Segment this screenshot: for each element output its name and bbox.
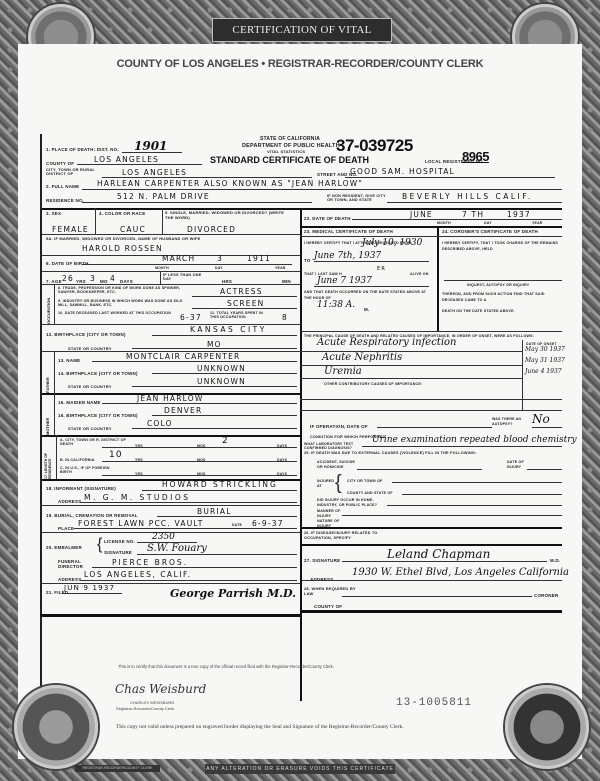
birth-day-sublabel: DAY: [215, 266, 223, 270]
birth-month-sublabel: MONTH: [155, 266, 169, 270]
alteration-warning-banner: ANY ALTERATION OR ERASURE VOIDS THIS CER…: [205, 764, 395, 774]
when-required-label: 28. WHEN REQUIRED BY LAW: [304, 586, 364, 596]
mother-birthplace-label: 16. BIRTHPLACE (CITY OR TOWN): [58, 413, 138, 418]
burial-place-value: FOREST LAWN PCC. VAULT: [78, 519, 204, 528]
certificate-title: STANDARD CERTIFICATE OF DEATH: [210, 155, 369, 165]
burial-value: BURIAL: [197, 507, 232, 516]
industry-label: 9. INDUSTRY OR BUSINESS IN WHICH WORK WA…: [58, 299, 188, 307]
mother-birthplace-value: DENVER: [164, 406, 202, 415]
lab-label: WHAT LABORATORY TEST CONFIRMED DIAGNOSIS…: [304, 442, 364, 450]
residence-b-label: b. IN CALIFORNIA: [60, 458, 95, 462]
nonresident-city-label: IF NON RESIDENT, GIVE CITY OR TOWN, AND …: [327, 194, 387, 202]
birth-year: 1911: [247, 254, 271, 263]
injured-brace: {: [335, 472, 342, 495]
physician-address: 1930 W. Ethel Blvd, Los Angeles Californ…: [352, 567, 569, 578]
external-label: 25. IF DEATH WAS DUE TO EXTERNAL CAUSES …: [304, 451, 477, 455]
residence-length-side-label: 17. LENGTH OF RESIDENCE: [44, 437, 52, 479]
color-value: CAUC: [120, 225, 146, 234]
coroner-text-2: THEREON, AND FROM SUCH ACTION FIND THAT …: [442, 291, 562, 303]
license-label: LICENSE No.: [104, 539, 135, 544]
residence-b-years: 10: [109, 450, 123, 460]
md-label: M.D.: [550, 558, 560, 563]
true-copy-statement: This is to certify that this document is…: [118, 664, 334, 669]
trade-value: ACTRESS: [220, 287, 263, 296]
birthplace-city: KANSAS CITY: [190, 325, 267, 334]
mother-maiden-value: JEAN HARLOW: [137, 394, 204, 403]
certificate-paper: COUNTY OF LOS ANGELES • REGISTRAR-RECORD…: [18, 44, 582, 759]
death-month-sublabel: MONTH: [437, 221, 451, 225]
age-months: 3: [90, 274, 96, 283]
other-causes-label: OTHER CONTRIBUTORY CAUSES OF IMPORTANCE:: [324, 382, 422, 386]
death-day: 7 TH: [462, 210, 484, 219]
residence-a-label: a. CITY, TOWN OR R. DISTRICT OF DEATH: [60, 438, 130, 446]
city-town-label: CITY OR TOWN OF: [347, 479, 382, 483]
mother-side-label: MOTHER: [45, 395, 50, 435]
last-worked-label: 10. DATE DECEASED LAST WORKED AT THIS OC…: [58, 311, 178, 315]
autopsy-label: WAS THERE AN AUTOPSY?: [492, 417, 527, 427]
funeral-director-value: PIERCE BROS.: [112, 558, 188, 567]
certificate-serial-number: 13-1005811: [396, 697, 472, 709]
mother-maiden-label: 15. MAIDEN NAME: [58, 400, 101, 405]
father-state-label: STATE OR COUNTRY: [68, 384, 112, 389]
residence-label: RESIDENCE No.: [46, 198, 84, 203]
physician-signature-label: 27. SIGNATURE: [304, 558, 340, 563]
alive-on-label: ALIVE ON: [410, 272, 429, 276]
years-spent-value: 8: [282, 313, 288, 322]
birth-year-sublabel: YEAR: [275, 266, 286, 270]
registrar-title: Registrar-Recorder/County Clerk: [116, 706, 174, 711]
death-day-sublabel: DAY: [484, 221, 492, 225]
birth-month: MARCH: [162, 254, 195, 263]
county-seal-left: [14, 685, 98, 769]
sex-label: 3. SEX: [46, 211, 61, 216]
father-birthplace-value: UNKNOWN: [197, 364, 246, 373]
coroner-text-1: I HEREBY CERTIFY, THAT I TOOK CHARGE OF …: [442, 240, 562, 252]
autopsy-value: No: [532, 412, 550, 426]
cause-1-date: May 30 1937: [525, 346, 565, 353]
coroner-cert-label: 24. CORONER'S CERTIFICATE OF DEATH: [442, 229, 538, 234]
cause-3: Uremia: [324, 366, 362, 377]
county-of-label: COUNTY OF: [314, 604, 342, 609]
last-worked-value: 6-37: [180, 313, 202, 322]
bottom-small-banner: REGISTRAR-RECORDER/COUNTY CLERK: [75, 765, 160, 772]
years-spent-label: 11. TOTAL YEARS SPENT IN THIS OCCUPATION: [210, 311, 270, 319]
local-registered-number: 8965: [462, 149, 489, 164]
city-label: CITY, TOWN OR RURAL DISTRICT OF: [46, 168, 106, 176]
father-name-label: 13. NAME: [58, 358, 80, 363]
operation-label: IF OPERATION, DATE OF: [310, 424, 368, 429]
cause-2-date: May 31 1937: [525, 357, 565, 364]
state-label: STATE OF CALIFORNIA: [260, 136, 320, 142]
manner-injury-label: MANNER OF INJURY: [317, 509, 342, 518]
death-year: 1937: [507, 210, 531, 219]
death-year-sublabel: YEAR: [532, 221, 543, 225]
informant-address-value: M. G. M. STUDIOS: [84, 493, 191, 502]
embalmer-signature: S.W. Fouary: [147, 543, 207, 554]
father-birthplace-label: 14. BIRTHPLACE (CITY OR TOWN): [58, 371, 138, 376]
attended-to-label: TO: [304, 258, 311, 263]
spouse-value: HAROLD ROSSEN: [82, 244, 163, 253]
coroner-label: CORONER: [534, 593, 558, 598]
nonresident-city-value: BEVERLY HILLS CALIF.: [402, 192, 533, 201]
father-name-value: MONTCLAIR CARPENTER: [126, 352, 240, 361]
lab-value: Urine examination repeated blood chemist…: [372, 435, 577, 445]
informant-label: 18. INFORMANT (SIGNATURE): [46, 486, 116, 491]
trade-label: 8. TRADE, PROFESSION OR KIND OF WORK DON…: [58, 286, 188, 294]
registrar-name: CHARLES WEISSBURD: [130, 700, 174, 705]
county-state-label: COUNTY AND STATE OF: [347, 491, 393, 495]
county-seal-right: [505, 685, 589, 769]
funeral-address-value: LOS ANGELES, CALIF.: [84, 570, 191, 579]
mother-state-value: COLO: [147, 419, 173, 428]
burial-date-value: 6-9-37: [252, 519, 284, 528]
county-header: COUNTY OF LOS ANGELES • REGISTRAR-RECORD…: [18, 58, 582, 70]
less-than-day-label: IF LESS THAN ONE DAY: [163, 273, 203, 281]
coroner-text-3: DEATH ON THE DATE STATED ABOVE.: [442, 309, 515, 313]
alive-on-date: June 7 1937: [317, 276, 372, 286]
residence-c-label: c. IN U.S., IF OF FOREIGN BIRTH: [60, 466, 110, 474]
date-of-death-label: 22. DATE OF DEATH: [304, 216, 351, 221]
county-label: COUNTY OF: [46, 161, 74, 166]
embalmer-label: 20. EMBALMER: [46, 545, 82, 550]
mother-state-label: STATE OR COUNTRY: [68, 426, 112, 431]
marital-value: DIVORCED: [187, 225, 236, 234]
funeral-director-label: FUNERAL DIRECTOR: [58, 559, 88, 569]
residence-a-days: 2: [222, 436, 229, 446]
sex-value: FEMALE: [52, 225, 89, 234]
embalmer-signature-label: SIGNATURE: [104, 550, 132, 555]
father-state-value: UNKNOWN: [197, 377, 246, 386]
license-value: 2350: [152, 532, 175, 542]
cause-3-date: June 4 1937: [525, 368, 562, 375]
accident-label: ACCIDENT, SUICIDE OR HOMICIDE: [317, 460, 357, 470]
industry-value: SCREEN: [227, 299, 265, 308]
burial-label: 19. BURIAL, CREMATION OR REMOVAL: [46, 513, 138, 518]
burial-place-label: PLACE: [58, 526, 74, 531]
marital-label: 5. SINGLE, MARRIED, WIDOWED OR DIVORCED?…: [165, 211, 285, 220]
medical-cert-label: 23. MEDICAL CERTIFICATE OF DEATH: [304, 229, 393, 234]
age-days: 4: [110, 274, 116, 283]
death-certificate: STATE OF CALIFORNIA DEPARTMENT OF PUBLIC…: [40, 134, 580, 701]
informant-value: HOWARD STRICKLING: [162, 480, 278, 489]
death-month: JUNE: [410, 210, 433, 219]
division-label: VITAL STATISTICS: [267, 149, 305, 154]
spouse-label: 5a. IF MARRIED, WIDOWED OR DIVORCED, NAM…: [46, 236, 200, 241]
attended-from: July 10, 1930: [362, 238, 422, 248]
filed-date: JUN 9 1937: [64, 584, 115, 592]
color-label: 4. COLOR OR RACE: [99, 211, 145, 216]
last-saw-pronoun: ER: [377, 266, 386, 272]
burial-date-label: DATE: [232, 523, 242, 527]
residence-value: 512 N. PALM DRIVE: [117, 192, 210, 201]
full-name-label: 2. FULL NAME: [46, 184, 79, 189]
state-file-number: 37-039725: [336, 136, 413, 156]
place-of-death-label: 1. PLACE OF DEATH: DIST. No.: [46, 147, 119, 152]
father-side-label: FATHER: [45, 353, 50, 393]
occupation-related-label: 26. IF DISEASE/INJURY RELATED TO OCCUPAT…: [304, 531, 394, 541]
inquest-label: INQUEST, AUTOPSY OR INQUIRY: [467, 283, 529, 287]
embalmer-brace: {: [97, 536, 102, 554]
age-years: 26: [62, 274, 74, 283]
county-value: LOS ANGELES: [94, 155, 159, 164]
injured-at-label: INJURED AT: [317, 479, 337, 489]
cause-2: Acute Nephritis: [322, 352, 402, 363]
street-value: GOOD SAM. HOSPITAL: [350, 167, 455, 176]
cause-1: Acute Respiratory infection: [317, 337, 456, 348]
death-hour-m: M.: [364, 307, 369, 312]
where-injury-label: DID INJURY OCCUR IN HOME, INDUSTRY, OR P…: [317, 498, 387, 507]
birthplace-label: 12. BIRTHPLACE (CITY OR TOWN): [46, 332, 126, 337]
occupation-side-label: OCCUPATION: [46, 286, 51, 324]
registrar-signature: Chas Weisburd: [115, 682, 206, 696]
birth-day: 3: [217, 254, 223, 263]
funeral-address-label: ADDRESS: [58, 577, 81, 582]
attended-to: June 7th, 1937: [314, 251, 381, 261]
informant-address-label: ADDRESS: [58, 499, 81, 504]
full-name-value: HARLEAN CARPENTER ALSO KNOWN AS "JEAN HA…: [97, 179, 363, 188]
death-hour: 11:38 A.: [317, 300, 355, 310]
certification-banner: CERTIFICATION OF VITAL RECORD: [212, 18, 392, 42]
local-registrar-signature: George Parrish M.D.: [170, 587, 296, 600]
physician-signature: Leland Chapman: [387, 547, 490, 561]
district-number: 1901: [134, 139, 167, 153]
city-value: LOS ANGELES: [122, 168, 187, 177]
validity-note: This copy not valid unless prepared on e…: [116, 724, 426, 731]
